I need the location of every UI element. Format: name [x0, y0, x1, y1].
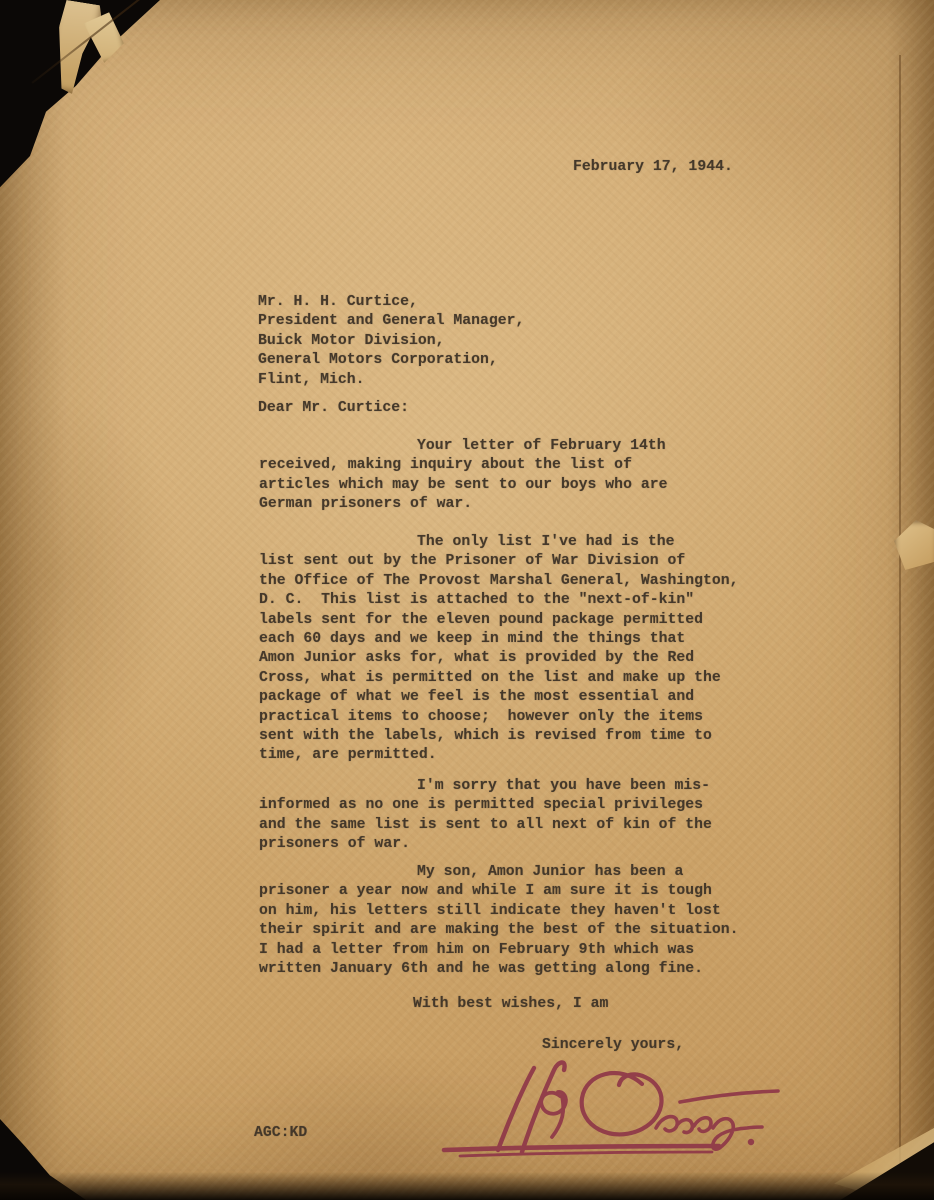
- letter-date: February 17, 1944.: [573, 158, 733, 177]
- scanned-letter-page: { "letter": { "date": "February 17, 1944…: [0, 0, 934, 1200]
- body-paragraph-3: I'm sorry that you have been mis- inform…: [259, 777, 712, 855]
- address-line: Buick Motor Division,: [258, 332, 524, 351]
- body-paragraph-1: Your letter of February 14th received, m…: [259, 437, 667, 515]
- body-paragraph-2: The only list I've had is the list sent …: [259, 533, 739, 766]
- body-paragraph-4: My son, Amon Junior has been a prisoner …: [259, 863, 739, 979]
- address-line: President and General Manager,: [258, 312, 524, 331]
- recipient-address: Mr. H. H. Curtice,President and General …: [258, 293, 524, 390]
- address-line: Mr. H. H. Curtice,: [258, 293, 524, 312]
- reference-initials: AGC:KD: [254, 1124, 307, 1143]
- signature-ink-strokes: [430, 1048, 926, 1166]
- address-line: Flint, Mich.: [258, 371, 524, 390]
- handwritten-signature: A G Carey: [430, 1048, 926, 1166]
- salutation: Dear Mr. Curtice:: [258, 399, 409, 418]
- bottom-edge-shadow: [0, 1172, 934, 1200]
- closing-line: With best wishes, I am: [413, 995, 608, 1014]
- address-line: General Motors Corporation,: [258, 351, 524, 370]
- page-edge-line: [899, 55, 901, 1200]
